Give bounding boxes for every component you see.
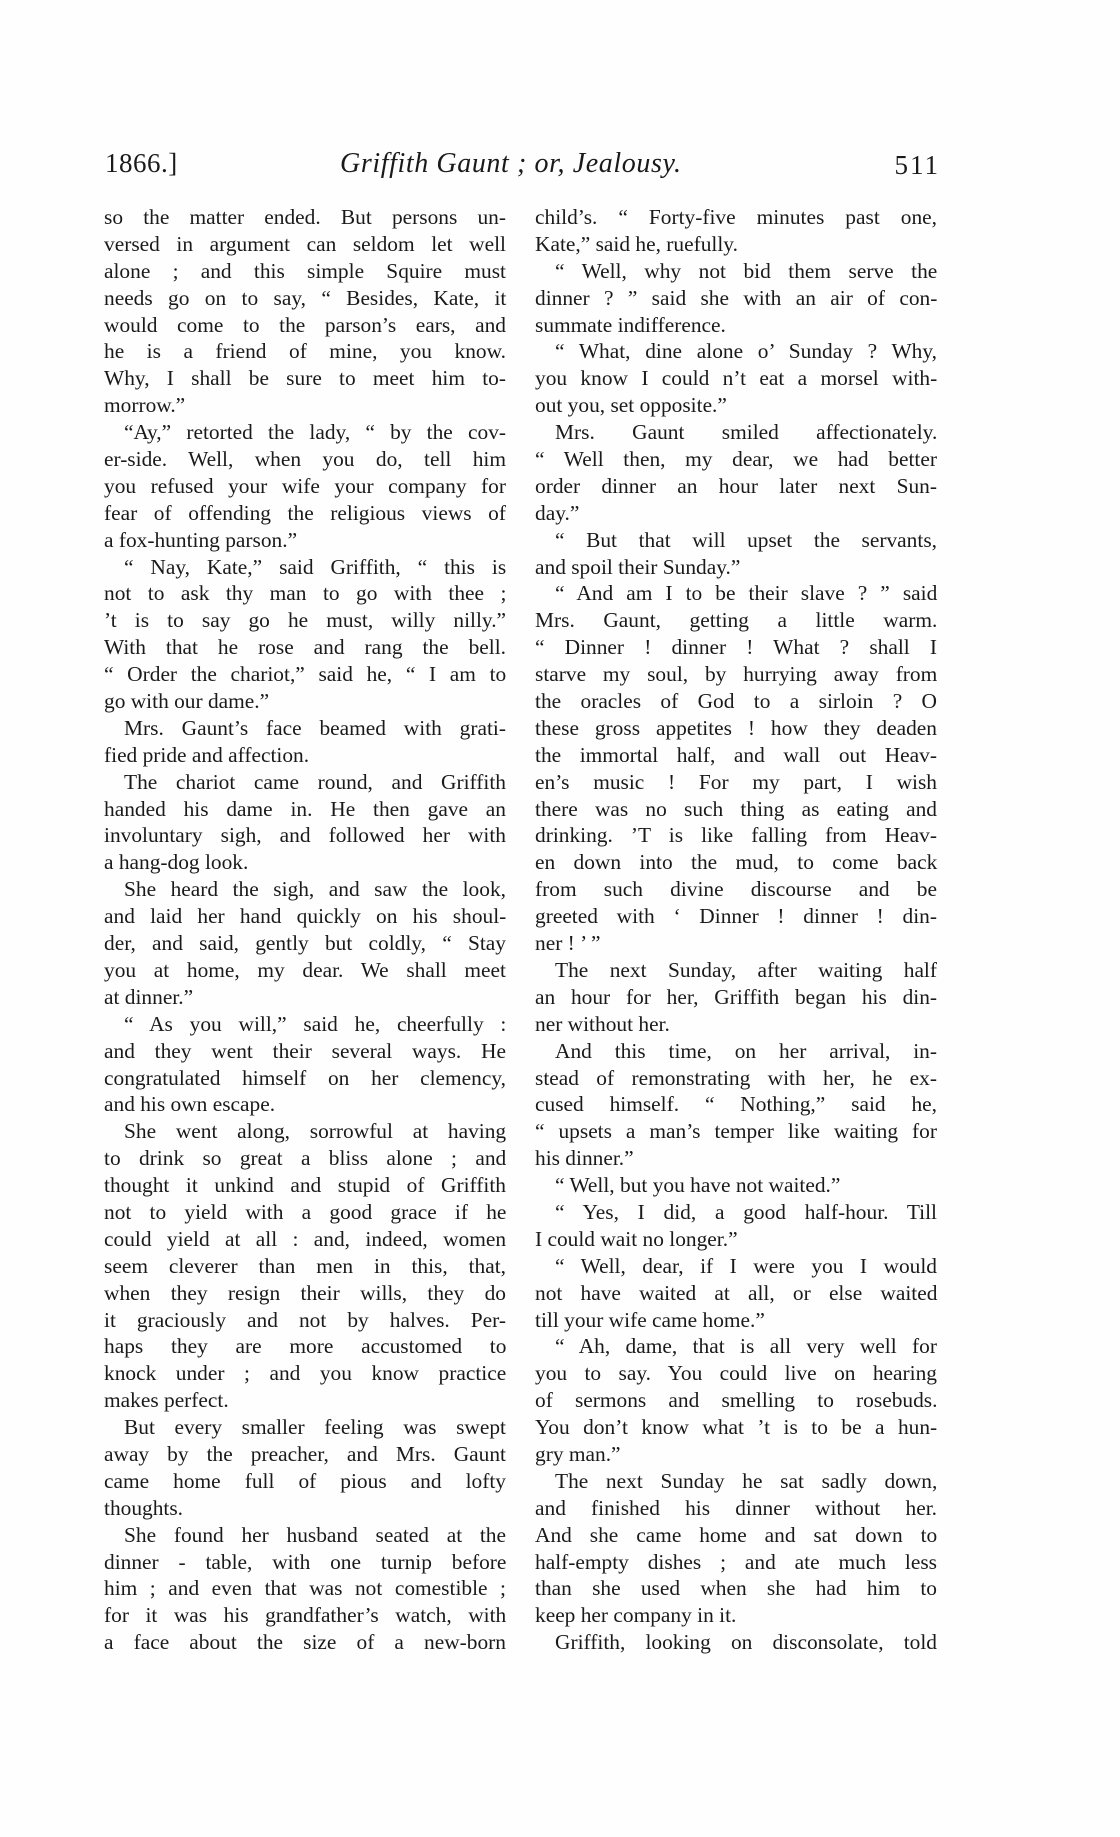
- text-line: you know I could n’t eat a morsel with-: [535, 365, 937, 392]
- text-line: it graciously and not by halves. Per-: [104, 1307, 506, 1334]
- text-line: of sermons and smelling to rosebuds.: [535, 1387, 937, 1414]
- text-line: congratulated himself on her clemency,: [104, 1065, 506, 1092]
- text-line: seem cleverer than men in this, that,: [104, 1253, 506, 1280]
- text-line: “ Well then, my dear, we had better: [535, 446, 937, 473]
- text-line: order dinner an hour later next Sun-: [535, 473, 937, 500]
- text-line: But every smaller feeling was swept: [104, 1414, 506, 1441]
- text-line: “ Yes, I did, a good half-hour. Till: [535, 1199, 937, 1226]
- text-column-right: child’s. “ Forty-five minutes past one,K…: [535, 204, 937, 1656]
- text-line: The next Sunday, after waiting half: [535, 957, 937, 984]
- text-line: go with our dame.”: [104, 688, 506, 715]
- text-line: The next Sunday he sat sadly down,: [535, 1468, 937, 1495]
- text-line: so the matter ended. But persons un-: [104, 204, 506, 231]
- text-line: I could wait no longer.”: [535, 1226, 937, 1253]
- text-line: these gross appetites ! how they deaden: [535, 715, 937, 742]
- text-line: you refused your wife your company for: [104, 473, 506, 500]
- running-head-year: 1866.]: [105, 148, 178, 179]
- text-line: starve my soul, by hurrying away from: [535, 661, 937, 688]
- text-line: Griffith, looking on disconsolate, told: [535, 1629, 937, 1656]
- text-line: “ Order the chariot,” said he, “ I am to: [104, 661, 506, 688]
- text-column-left: so the matter ended. But persons un-vers…: [104, 204, 506, 1656]
- book-page: 1866.] Griffith Gaunt ; or, Jealousy. 51…: [0, 0, 1120, 1837]
- text-line: dinner - table, with one turnip before: [104, 1549, 506, 1576]
- text-line: from such divine discourse and be: [535, 876, 937, 903]
- text-line: the oracles of God to a sirloin ? O: [535, 688, 937, 715]
- text-line: der, and said, gently but coldly, “ Stay: [104, 930, 506, 957]
- text-line: makes perfect.: [104, 1387, 506, 1414]
- text-line: “ Well, but you have not waited.”: [535, 1172, 937, 1199]
- text-line: thoughts.: [104, 1495, 506, 1522]
- text-line: stead of remonstrating with her, he ex-: [535, 1065, 937, 1092]
- text-line: for it was his grandfather’s watch, with: [104, 1602, 506, 1629]
- text-line: “ Ah, dame, that is all very well for: [535, 1333, 937, 1360]
- text-line: he is a friend of mine, you know.: [104, 338, 506, 365]
- text-line: She went along, sorrowful at having: [104, 1118, 506, 1145]
- text-line: summate indifference.: [535, 312, 937, 339]
- text-line: With that he rose and rang the bell.: [104, 634, 506, 661]
- text-line: involuntary sigh, and followed her with: [104, 822, 506, 849]
- text-line: came home full of pious and lofty: [104, 1468, 506, 1495]
- text-line: “ What, dine alone o’ Sunday ? Why,: [535, 338, 937, 365]
- text-line: She heard the sigh, and saw the look,: [104, 876, 506, 903]
- text-line: not have waited at all, or else waited: [535, 1280, 937, 1307]
- text-line: The chariot came round, and Griffith: [104, 769, 506, 796]
- text-line: keep her company in it.: [535, 1602, 937, 1629]
- text-line: an hour for her, Griffith began his din-: [535, 984, 937, 1011]
- text-line: en down into the mud, to come back: [535, 849, 937, 876]
- text-line: and laid her hand quickly on his shoul-: [104, 903, 506, 930]
- text-line: would come to the parson’s ears, and: [104, 312, 506, 339]
- text-line: fied pride and affection.: [104, 742, 506, 769]
- text-line: cused himself. “ Nothing,” said he,: [535, 1091, 937, 1118]
- text-line: and spoil their Sunday.”: [535, 554, 937, 581]
- text-line: there was no such thing as eating and: [535, 796, 937, 823]
- text-line: Mrs. Gaunt, getting a little warm.: [535, 607, 937, 634]
- running-head: 1866.] Griffith Gaunt ; or, Jealousy. 51…: [105, 148, 940, 188]
- text-line: him ; and even that was not comestible ;: [104, 1575, 506, 1602]
- text-line: a fox-hunting parson.”: [104, 527, 506, 554]
- text-line: morrow.”: [104, 392, 506, 419]
- text-line: Mrs. Gaunt smiled affectionately.: [535, 419, 937, 446]
- text-line: a hang-dog look.: [104, 849, 506, 876]
- text-line: and finished his dinner without her.: [535, 1495, 937, 1522]
- text-line: and his own escape.: [104, 1091, 506, 1118]
- text-line: ner without her.: [535, 1011, 937, 1038]
- text-line: when they resign their wills, they do: [104, 1280, 506, 1307]
- text-line: versed in argument can seldom let well: [104, 231, 506, 258]
- text-line: child’s. “ Forty-five minutes past one,: [535, 204, 937, 231]
- text-line: than she used when she had him to: [535, 1575, 937, 1602]
- text-line: en’s music ! For my part, I wish: [535, 769, 937, 796]
- text-line: “Ay,” retorted the lady, “ by the cov-: [104, 419, 506, 446]
- text-line: “ Nay, Kate,” said Griffith, “ this is: [104, 554, 506, 581]
- text-line: not to yield with a good grace if he: [104, 1199, 506, 1226]
- text-line: She found her husband seated at the: [104, 1522, 506, 1549]
- text-line: ’t is to say go he must, willy nilly.”: [104, 607, 506, 634]
- text-line: fear of offending the religious views of: [104, 500, 506, 527]
- text-line: his dinner.”: [535, 1145, 937, 1172]
- text-line: And this time, on her arrival, in-: [535, 1038, 937, 1065]
- text-line: dinner ? ” said she with an air of con-: [535, 285, 937, 312]
- text-line: you to say. You could live on hearing: [535, 1360, 937, 1387]
- text-line: haps they are more accustomed to: [104, 1333, 506, 1360]
- text-line: “ Well, dear, if I were you I would: [535, 1253, 937, 1280]
- text-line: at dinner.”: [104, 984, 506, 1011]
- text-line: the immortal half, and wall out Heav-: [535, 742, 937, 769]
- text-line: “ upsets a man’s temper like waiting for: [535, 1118, 937, 1145]
- text-line: thought it unkind and stupid of Griffith: [104, 1172, 506, 1199]
- text-line: day.”: [535, 500, 937, 527]
- text-line: Why, I shall be sure to meet him to-: [104, 365, 506, 392]
- text-line: and they went their several ways. He: [104, 1038, 506, 1065]
- text-line: gry man.”: [535, 1441, 937, 1468]
- text-line: “ Dinner ! dinner ! What ? shall I: [535, 634, 937, 661]
- text-line: half-empty dishes ; and ate much less: [535, 1549, 937, 1576]
- text-line: er-side. Well, when you do, tell him: [104, 446, 506, 473]
- text-line: drinking. ’T is like falling from Heav-: [535, 822, 937, 849]
- text-line: greeted with ‘ Dinner ! dinner ! din-: [535, 903, 937, 930]
- text-line: Mrs. Gaunt’s face beamed with grati-: [104, 715, 506, 742]
- running-head-title: Griffith Gaunt ; or, Jealousy.: [340, 148, 682, 180]
- text-line: “ But that will upset the servants,: [535, 527, 937, 554]
- text-line: out you, set opposite.”: [535, 392, 937, 419]
- text-line: to drink so great a bliss alone ; and: [104, 1145, 506, 1172]
- text-line: away by the preacher, and Mrs. Gaunt: [104, 1441, 506, 1468]
- text-line: handed his dame in. He then gave an: [104, 796, 506, 823]
- text-line: “ As you will,” said he, cheerfully :: [104, 1011, 506, 1038]
- text-line: you at home, my dear. We shall meet: [104, 957, 506, 984]
- text-line: not to ask thy man to go with thee ;: [104, 580, 506, 607]
- text-line: needs go on to say, “ Besides, Kate, it: [104, 285, 506, 312]
- text-line: knock under ; and you know practice: [104, 1360, 506, 1387]
- text-line: alone ; and this simple Squire must: [104, 258, 506, 285]
- page-number: 511: [895, 150, 941, 181]
- text-line: a face about the size of a new-born: [104, 1629, 506, 1656]
- text-line: till your wife came home.”: [535, 1307, 937, 1334]
- text-line: ner ! ’ ”: [535, 930, 937, 957]
- text-line: You don’t know what ’t is to be a hun-: [535, 1414, 937, 1441]
- text-line: “ And am I to be their slave ? ” said: [535, 580, 937, 607]
- text-line: And she came home and sat down to: [535, 1522, 937, 1549]
- text-line: Kate,” said he, ruefully.: [535, 231, 937, 258]
- text-line: could yield at all : and, indeed, women: [104, 1226, 506, 1253]
- text-line: “ Well, why not bid them serve the: [535, 258, 937, 285]
